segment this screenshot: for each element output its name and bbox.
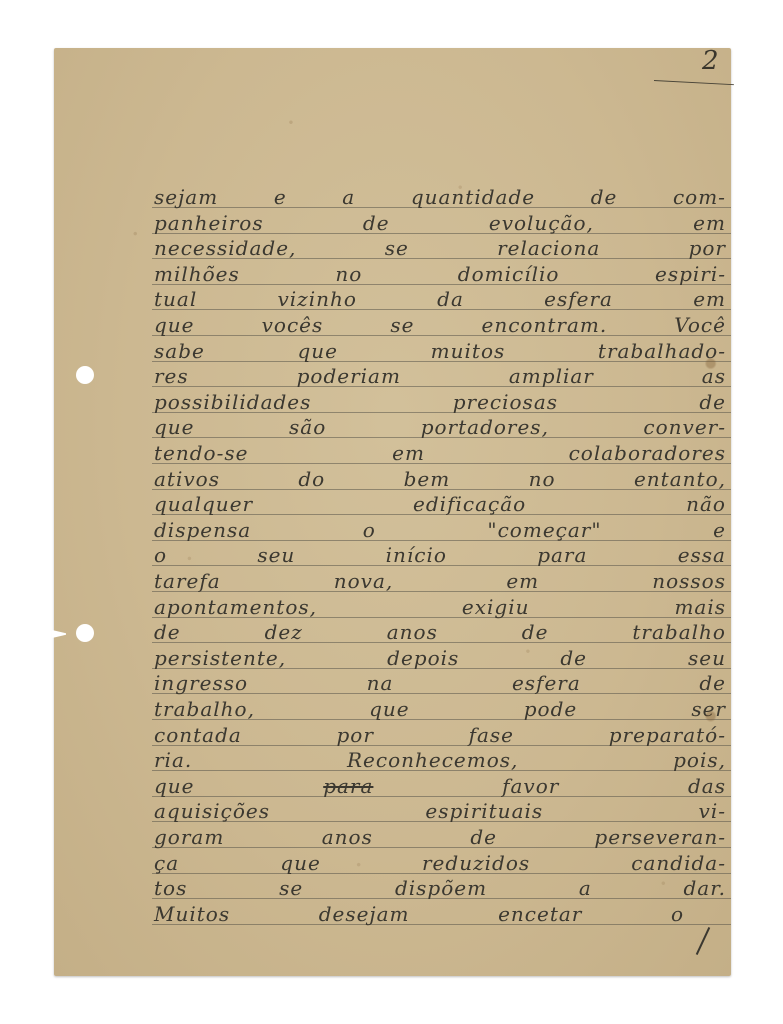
text-line: tarefanova,emnossos — [154, 569, 726, 595]
word: exigiu — [462, 595, 530, 621]
word: vizinho — [277, 287, 356, 313]
punch-hole — [76, 624, 94, 642]
word: de — [522, 620, 549, 646]
word: depois — [387, 646, 459, 672]
word: ampliar — [509, 364, 594, 390]
text-line: qualqueredificaçãonão — [154, 492, 726, 518]
text-line: respoderiamampliaras — [154, 364, 726, 390]
word: muitos — [431, 339, 506, 365]
word: tos — [154, 876, 187, 902]
word: dispensa — [154, 518, 251, 544]
word: que — [297, 339, 338, 365]
word: de — [470, 825, 497, 851]
word: fase — [469, 723, 514, 749]
punch-hole — [76, 366, 94, 384]
word: de — [560, 646, 587, 672]
text-line: ingressonaesferade — [154, 671, 726, 697]
word: dez — [265, 620, 303, 646]
word: o — [363, 518, 376, 544]
word: poderiam — [297, 364, 401, 390]
word: bem — [404, 467, 451, 493]
text-line: possibilidadespreciosasde — [154, 390, 726, 416]
word: por — [337, 723, 374, 749]
word: preciosas — [453, 390, 558, 416]
text-line: dispensao"começar"e — [154, 518, 726, 544]
word: de — [699, 671, 726, 697]
text-line: Muitosdesejamencetaro — [154, 902, 684, 928]
word: reduzidos — [422, 851, 530, 877]
word: seu — [688, 646, 726, 672]
word: na — [367, 671, 394, 697]
word: se — [390, 313, 414, 339]
text-line: sejameaquantidadedecom- — [154, 185, 726, 211]
word: o — [154, 543, 167, 569]
word: vocês — [262, 313, 324, 339]
word: que — [280, 851, 321, 877]
text-line: sabequemuitostrabalhado- — [154, 339, 726, 365]
word: mais — [674, 595, 726, 621]
word: domicílio — [458, 262, 560, 288]
word: que — [154, 313, 195, 339]
word: tual — [154, 287, 197, 313]
word: relaciona — [497, 236, 600, 262]
word: do — [298, 467, 325, 493]
word: com- — [673, 185, 726, 211]
text-line: persistente,depoisdeseu — [154, 646, 726, 672]
text-line: apontamentos,exigiumais — [154, 595, 726, 621]
word: evolução, — [489, 211, 594, 237]
word: goram — [154, 825, 224, 851]
word: a — [579, 876, 592, 902]
word: persistente, — [154, 646, 286, 672]
word: nossos — [652, 569, 726, 595]
word: sabe — [154, 339, 205, 365]
word: ser — [691, 697, 726, 723]
word: Você — [674, 313, 726, 339]
word: seu — [257, 543, 295, 569]
word: em — [392, 441, 425, 467]
manuscript-page: 2 sejameaquantidadedecom-panheirosdeevol… — [54, 48, 731, 976]
word: o — [671, 902, 684, 928]
text-line: tendo-seemcolaboradores — [154, 441, 726, 467]
word: esfera — [512, 671, 581, 697]
word: sejam — [154, 185, 218, 211]
word: da — [437, 287, 464, 313]
word: início — [386, 543, 447, 569]
text-line: dedezanosdetrabalho — [154, 620, 726, 646]
word: das — [688, 774, 726, 800]
text-line: çaquereduzidoscandida- — [154, 851, 726, 877]
paper-tear — [52, 630, 66, 638]
text-line: quevocêsseencontram.Você — [154, 313, 726, 339]
word: quantidade — [411, 185, 535, 211]
text-line: ria.Reconhecemos,pois, — [154, 748, 726, 774]
word: de — [591, 185, 618, 211]
word: vi- — [699, 799, 726, 825]
word: trabalhado- — [598, 339, 726, 365]
word: de — [363, 211, 390, 237]
word: essa — [678, 543, 726, 569]
word: possibilidades — [154, 390, 311, 416]
word: as — [702, 364, 726, 390]
word: são — [289, 415, 326, 441]
word: portadores, — [421, 415, 549, 441]
word: tendo-se — [154, 441, 248, 467]
text-line: oseuinícioparaessa — [154, 543, 726, 569]
word: não — [686, 492, 726, 518]
word: dar. — [684, 876, 726, 902]
text-line: aquisiçõesespirituaisvi- — [154, 799, 726, 825]
page-number: 2 — [702, 46, 719, 76]
word: esfera — [544, 287, 613, 313]
word: panheiros — [154, 211, 264, 237]
word: em — [693, 211, 726, 237]
word: qualquer — [154, 492, 253, 518]
word: entanto, — [634, 467, 726, 493]
text-line: panheirosdeevolução,em — [154, 211, 726, 237]
word: Muitos — [154, 902, 230, 928]
word: nova, — [334, 569, 394, 595]
word: espiri- — [655, 262, 726, 288]
text-line: milhõesnodomicílioespiri- — [154, 262, 726, 288]
word: anos — [322, 825, 373, 851]
word: se — [385, 236, 409, 262]
word: dispõem — [395, 876, 487, 902]
word: preparató- — [609, 723, 726, 749]
word: milhões — [154, 262, 240, 288]
word: ria. — [154, 748, 192, 774]
word: perseveran- — [594, 825, 726, 851]
page-number-underline — [654, 80, 734, 85]
word: em — [506, 569, 539, 595]
word: conver- — [643, 415, 726, 441]
word: trabalho, — [154, 697, 255, 723]
word: contada — [154, 723, 242, 749]
word: se — [279, 876, 303, 902]
word: candida- — [631, 851, 726, 877]
word: "começar" — [487, 518, 601, 544]
word: que — [154, 415, 195, 441]
word: ingresso — [154, 671, 248, 697]
word: no — [529, 467, 556, 493]
word: apontamentos, — [154, 595, 317, 621]
word: no — [335, 262, 362, 288]
text-line: goramanosdeperseveran- — [154, 825, 726, 851]
word: favor — [502, 774, 559, 800]
word: tarefa — [154, 569, 221, 595]
text-line: ativosdobemnoentanto, — [154, 467, 726, 493]
word: res — [154, 364, 189, 390]
word: pode — [524, 697, 577, 723]
text-line: necessidade,serelacionapor — [154, 236, 726, 262]
word: edificação — [413, 492, 526, 518]
text-line: quesãoportadores,conver- — [154, 415, 726, 441]
word: Reconhecemos, — [347, 748, 518, 774]
word: pois, — [673, 748, 726, 774]
word: encontram. — [482, 313, 608, 339]
word: de — [699, 390, 726, 416]
word: anos — [387, 620, 438, 646]
text-line: trabalho,quepodeser — [154, 697, 726, 723]
text-line: queparafavordas — [154, 774, 726, 800]
word: para — [323, 774, 373, 800]
word: por — [689, 236, 726, 262]
word: e — [274, 185, 287, 211]
word: aquisições — [154, 799, 270, 825]
word: colaboradores — [569, 441, 726, 467]
word: de — [154, 620, 181, 646]
word: trabalho — [632, 620, 726, 646]
word: para — [537, 543, 587, 569]
word: desejam — [319, 902, 410, 928]
end-slash-mark — [696, 927, 710, 955]
word: necessidade, — [154, 236, 296, 262]
word: em — [693, 287, 726, 313]
word: que — [369, 697, 410, 723]
text-line: contadaporfasepreparató- — [154, 723, 726, 749]
text-line: tossedispõemadar. — [154, 876, 726, 902]
word: encetar — [498, 902, 582, 928]
word: ativos — [154, 467, 220, 493]
word: espirituais — [425, 799, 543, 825]
word: a — [342, 185, 355, 211]
word: que — [154, 774, 195, 800]
word: ça — [154, 851, 179, 877]
word: e — [713, 518, 726, 544]
text-line: tualvizinhodaesferaem — [154, 287, 726, 313]
